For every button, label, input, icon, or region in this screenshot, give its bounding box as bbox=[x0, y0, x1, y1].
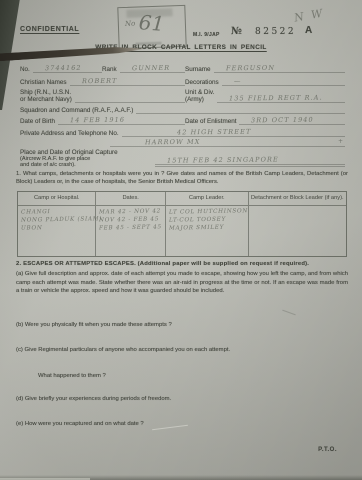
leader-entry: LT COL HUTCHINSON bbox=[169, 209, 245, 216]
dates-entry: NOV 42 - FEB 45 bbox=[99, 217, 162, 224]
serial-number: 82522 bbox=[255, 27, 296, 37]
detachment-entry bbox=[252, 213, 343, 215]
no-label: No. bbox=[20, 66, 30, 73]
camps-table: Camp or Hospital. Dates. Camp Leader. De… bbox=[17, 191, 347, 257]
dates-column: MAR 42 - NOV 42 NOV 42 - FEB 45 FEB 45 -… bbox=[95, 206, 165, 256]
field-unit-div: Unit & Div. (Army) 135 FIELD REGT R.A. bbox=[185, 89, 345, 103]
field-address: Private Address and Telephone No. 42 HIG… bbox=[20, 128, 345, 137]
block-capitals-instruction: WRITE IN BLOCK CAPITAL LETTERS IN PENCIL bbox=[0, 44, 362, 51]
rank-label: Rank bbox=[102, 66, 117, 73]
question-2e: (e) How were you recaptured and on what … bbox=[16, 420, 348, 429]
ship-label-line1: Ship (R.N., U.S.N. bbox=[20, 89, 72, 96]
christian-names-line: ROBERT bbox=[70, 77, 185, 86]
col-header-detachment: Detachment or Block Leader (if any). bbox=[248, 192, 346, 206]
section2-title: 2. ESCAPES OR ATTEMPTED ESCAPES. bbox=[16, 261, 136, 267]
enlistment-line: 3RD OCT 1940 bbox=[239, 116, 345, 125]
address-line2: HARROW MX + bbox=[110, 138, 345, 147]
surname-value: FERGUSON bbox=[226, 64, 275, 73]
row-capture: Place and Date of Original Capture (Airc… bbox=[20, 149, 345, 168]
christian-names-label: Christian Names bbox=[20, 79, 67, 86]
detachment-entry bbox=[252, 209, 343, 211]
dob-line: 14 FEB 1916 bbox=[58, 116, 185, 125]
field-service-number: No. 3744162 bbox=[20, 64, 102, 73]
christian-names-value: ROBERT bbox=[82, 77, 118, 85]
serial-no-label: № bbox=[231, 26, 242, 37]
unit-div-value: 135 FIELD REGT R.A. bbox=[229, 94, 323, 103]
address-pencil-mark: + bbox=[338, 138, 343, 145]
question-2d: (d) Give briefly your experiences during… bbox=[16, 395, 348, 404]
decorations-value: — bbox=[234, 77, 242, 85]
unit-div-line: 135 FIELD REGT R.A. bbox=[217, 94, 345, 103]
ship-line bbox=[75, 94, 185, 103]
field-decorations: Decorations — bbox=[185, 77, 345, 86]
camps-table-header: Camp or Hospital. Dates. Camp Leader. De… bbox=[18, 192, 346, 206]
pencil-initials: N W bbox=[293, 6, 325, 24]
row-address: Private Address and Telephone No. 42 HIG… bbox=[20, 128, 345, 137]
row-squadron: Squadron and Command (R.A.F., A.A.F.) bbox=[20, 105, 345, 114]
section2-heading: 2. ESCAPES OR ATTEMPTED ESCAPES. (Additi… bbox=[16, 260, 348, 269]
field-squadron: Squadron and Command (R.A.F., A.A.F.) bbox=[20, 105, 345, 114]
confidential-stamp: CONFIDENTIAL bbox=[20, 26, 79, 33]
address-label: Private Address and Telephone No. bbox=[20, 130, 119, 137]
row-address-line2: HARROW MX + bbox=[110, 138, 345, 147]
page-turn-over-label: P.T.O. bbox=[318, 447, 337, 453]
camp-entry: UBON bbox=[21, 225, 93, 232]
capture-line2 bbox=[155, 166, 345, 167]
detachment-column bbox=[248, 206, 346, 256]
camp-column: CHANGI NONG PLADUK (SIAM) UBON bbox=[18, 206, 95, 256]
section2-note: (Additional paper will be supplied on re… bbox=[138, 261, 310, 267]
stamp-no-label: No bbox=[125, 20, 136, 28]
field-date-of-enlistment: Date of Enlistment 3RD OCT 1940 bbox=[185, 116, 345, 125]
rank-value: GUNNER bbox=[132, 64, 170, 72]
detachment-entry bbox=[252, 211, 343, 213]
paper-scratch-small bbox=[282, 310, 295, 316]
no-value: 3744162 bbox=[45, 64, 82, 72]
no-line: 3744162 bbox=[33, 64, 102, 73]
row-ship-unit: Ship (R.N., U.S.N. or Merchant Navy) Uni… bbox=[20, 89, 345, 103]
camp-entry: CHANGI bbox=[21, 209, 93, 216]
capture-lines-block: 15TH FEB 42 SINGAPORE bbox=[152, 164, 345, 168]
leader-entry: MAJOR SMILEY bbox=[169, 225, 245, 232]
enlistment-value: 3RD OCT 1940 bbox=[251, 116, 314, 125]
surname-line: FERGUSON bbox=[214, 64, 345, 73]
dob-value: 14 FEB 1916 bbox=[70, 116, 125, 125]
row-no-rank-surname: No. 3744162 Rank GUNNER Surname FERGUSON bbox=[20, 64, 345, 73]
receipt-stamp-box: No 61 bbox=[117, 5, 186, 49]
dob-label: Date of Birth bbox=[20, 118, 55, 125]
enlistment-label: Date of Enlistment bbox=[185, 118, 236, 125]
dates-entry: MAR 42 - NOV 42 bbox=[99, 209, 162, 216]
field-address-line2: HARROW MX + bbox=[110, 138, 345, 147]
question-1: 1. What camps, detachments or hospitals … bbox=[16, 170, 348, 187]
form-reference: M.I. 9/JAP bbox=[193, 32, 220, 38]
surname-label: Surname bbox=[185, 66, 211, 73]
field-date-of-birth: Date of Birth 14 FEB 1916 bbox=[20, 116, 185, 125]
camps-table-body: CHANGI NONG PLADUK (SIAM) UBON MAR 42 - … bbox=[18, 206, 346, 256]
address-value-line2: HARROW MX bbox=[145, 138, 201, 147]
decorations-line: — bbox=[222, 77, 345, 86]
address-line1: 42 HIGH STREET bbox=[122, 128, 345, 137]
capture-label-line1: Place and Date of Original Capture bbox=[20, 149, 152, 156]
form-paper: CONFIDENTIAL No 61 M.I. 9/JAP № 82522 A … bbox=[0, 0, 362, 480]
field-ship: Ship (R.N., U.S.N. or Merchant Navy) bbox=[20, 89, 185, 103]
question-2b: (b) Were you physically fit when you mad… bbox=[16, 321, 348, 330]
squadron-label: Squadron and Command (R.A.F., A.A.F.) bbox=[20, 107, 133, 114]
decorations-label: Decorations bbox=[185, 79, 219, 86]
row-dob-enlistment: Date of Birth 14 FEB 1916 Date of Enlist… bbox=[20, 116, 345, 125]
unit-div-label-line2: (Army) bbox=[185, 96, 214, 103]
col-header-camp: Camp or Hospital. bbox=[18, 192, 95, 206]
capture-label-line3: and date of a/c crash). bbox=[20, 162, 152, 168]
field-surname: Surname FERGUSON bbox=[185, 64, 345, 73]
squadron-line bbox=[136, 105, 345, 114]
rank-line: GUNNER bbox=[120, 64, 185, 73]
capture-line1: 15TH FEB 42 SINGAPORE bbox=[155, 164, 345, 165]
dates-entry: FEB 45 - SEPT 45 bbox=[99, 225, 162, 232]
capture-value: 15TH FEB 42 SINGAPORE bbox=[167, 155, 279, 164]
serial-suffix: A bbox=[305, 25, 312, 36]
capture-label-block: Place and Date of Original Capture (Airc… bbox=[20, 149, 152, 168]
unit-div-label-line1: Unit & Div. bbox=[185, 89, 214, 96]
question-2a: (a) Give full description and approx. da… bbox=[16, 270, 348, 296]
field-christian-names: Christian Names ROBERT bbox=[20, 77, 185, 86]
camp-entry: NONG PLADUK (SIAM) bbox=[21, 217, 93, 224]
ship-label-line2: or Merchant Navy) bbox=[20, 96, 72, 103]
row-christian-decorations: Christian Names ROBERT Decorations — bbox=[20, 77, 345, 86]
leader-entry: LT-COL TOOSEY bbox=[169, 217, 245, 224]
stamp-number: 61 bbox=[138, 10, 165, 36]
question-2c: (c) Give Regimental particulars of anyon… bbox=[16, 346, 348, 355]
field-rank: Rank GUNNER bbox=[102, 64, 185, 73]
address-value-line1: 42 HIGH STREET bbox=[177, 128, 252, 137]
col-header-dates: Dates. bbox=[95, 192, 165, 206]
col-header-leader: Camp Leader. bbox=[165, 192, 248, 206]
leader-column: LT COL HUTCHINSON LT-COL TOOSEY MAJOR SM… bbox=[165, 206, 248, 256]
question-2c-followup: What happened to them ? bbox=[38, 372, 348, 381]
